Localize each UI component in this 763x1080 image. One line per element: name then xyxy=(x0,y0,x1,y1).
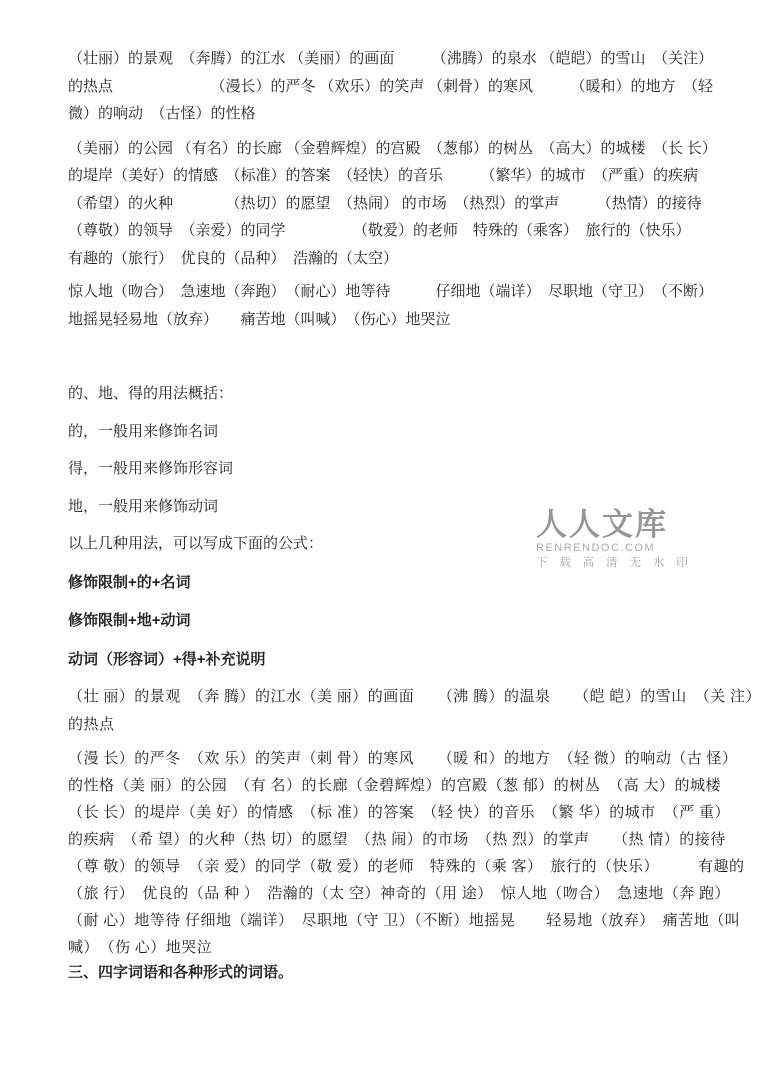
text-line: 的热点 （漫长）的严冬 （欢乐）的笑声 （刺骨）的寒风 （暖和）的地方 （轻 xyxy=(68,74,716,102)
usage-formulas-list: 修饰限制+的+名词修饰限制+地+动词动词（形容词）+得+补充说明 xyxy=(68,569,716,674)
renrendoc-watermark: 人人文库 RENRENDOC.COM 下 载 高 清 无 水 印 xyxy=(536,508,692,571)
paragraph-de-noun-phrases-2: （美丽）的公园 （有名）的长廊 （金碧辉煌）的宫殿 （葱郁）的树丛 （高大）的城… xyxy=(68,136,716,274)
text-line: （漫 长）的严冬 （欢 乐）的笑声（刺 骨）的寒风 （暖 和）的地方 （轻 微）… xyxy=(68,746,716,773)
text-line: 的疾病 （希 望）的火种（热 切）的愿望 （热 闹）的市场 （热 烈）的掌声 （… xyxy=(68,827,716,854)
text-line: （旅 行） 优良的（品 种 ） 浩瀚的（太 空）神奇的（用 途） 惊人地（吻合）… xyxy=(68,881,716,908)
text-line: （长 长）的堤岸（美 好）的情感 （标 准）的答案 （轻 快）的音乐 （繁 华）… xyxy=(68,800,716,827)
watermark-domain-text: RENRENDOC.COM xyxy=(536,542,692,555)
text-line: （尊敬）的领导 （亲爱）的同学 （敬爱）的老师 特殊的（乘客） 旅行的（快乐） xyxy=(68,218,716,246)
text-line: （壮 丽）的景观 （奔 腾）的江水（美 丽）的画面 （沸 腾）的温泉 （皑 皑）… xyxy=(68,684,716,712)
usage-rules-list: 的，一般用来修饰名词得，一般用来修饰形容词地，一般用来修饰动词 xyxy=(68,419,716,522)
text-line: （壮丽）的景观 （奔腾）的江水 （美丽）的画面 （沸腾）的泉水 （皑皑）的雪山 … xyxy=(68,46,716,74)
paragraph-de-noun-phrases-repeat-2: （漫 长）的严冬 （欢 乐）的笑声（刺 骨）的寒风 （暖 和）的地方 （轻 微）… xyxy=(68,746,716,962)
text-line: 微）的响动 （古怪）的性格 xyxy=(68,101,716,129)
section-three-heading: 三、四字词语和各种形式的词语。 xyxy=(68,959,716,986)
text-line: （尊 敬）的领导 （亲 爱）的同学（敬 爱）的老师 特殊的（乘 客） 旅行的（快… xyxy=(68,854,716,881)
usage-summary-heading: 的、地、得的用法概括： xyxy=(68,381,716,409)
text-line: 的性格（美 丽）的公园 （有 名）的长廊（金碧辉煌）的宫殿（葱 郁）的树丛 （高… xyxy=(68,773,716,800)
paragraph-de-noun-phrases-1: （壮丽）的景观 （奔腾）的江水 （美丽）的画面 （沸腾）的泉水 （皑皑）的雪山 … xyxy=(68,46,716,129)
text-line: 的，一般用来修饰名词 xyxy=(68,419,716,447)
text-line: 的堤岸（美好）的情感 （标准）的答案 （轻快）的音乐 （繁华）的城市 （严重）的… xyxy=(68,163,716,191)
text-line: 地摇晃轻易地（放弃） 痛苦地（叫喊） （伤心）地哭泣 xyxy=(68,307,716,335)
text-line: 有趣的（旅行） 优良的（品种） 浩瀚的（太空） xyxy=(68,246,716,274)
document-page: （壮丽）的景观 （奔腾）的江水 （美丽）的画面 （沸腾）的泉水 （皑皑）的雪山 … xyxy=(0,0,763,1080)
text-line: 修饰限制+地+动词 xyxy=(68,607,716,635)
text-line: 修饰限制+的+名词 xyxy=(68,569,716,597)
paragraph-de-noun-phrases-repeat-1: （壮 丽）的景观 （奔 腾）的江水（美 丽）的画面 （沸 腾）的温泉 （皑 皑）… xyxy=(68,684,716,739)
text-line: （希望）的火种 （热切）的愿望 （热闹） 的市场 （热烈）的掌声 （热情）的接待 xyxy=(68,191,716,219)
paragraph-di-adverb-phrases: 惊人地（吻合） 急速地（奔跑） （耐心）地等待 仔细地（端详） 尽职地（守卫） … xyxy=(68,279,716,334)
text-line: （美丽）的公园 （有名）的长廊 （金碧辉煌）的宫殿 （葱郁）的树丛 （高大）的城… xyxy=(68,136,716,164)
text-line: 得，一般用来修饰形容词 xyxy=(68,456,716,484)
text-line: 喊） （伤 心）地哭泣 xyxy=(68,935,716,962)
watermark-brand-text: 人人文库 xyxy=(536,508,692,542)
text-line: 惊人地（吻合） 急速地（奔跑） （耐心）地等待 仔细地（端详） 尽职地（守卫） … xyxy=(68,279,716,307)
text-line: （耐 心）地等待 仔细地（端详） 尽职地（守 卫）（不断）地摇晃 轻易地（放弃）… xyxy=(68,908,716,935)
text-line: 的热点 xyxy=(68,712,716,740)
watermark-tagline-text: 下 载 高 清 无 水 印 xyxy=(536,556,692,571)
text-line: 动词（形容词）+得+补充说明 xyxy=(68,646,716,674)
